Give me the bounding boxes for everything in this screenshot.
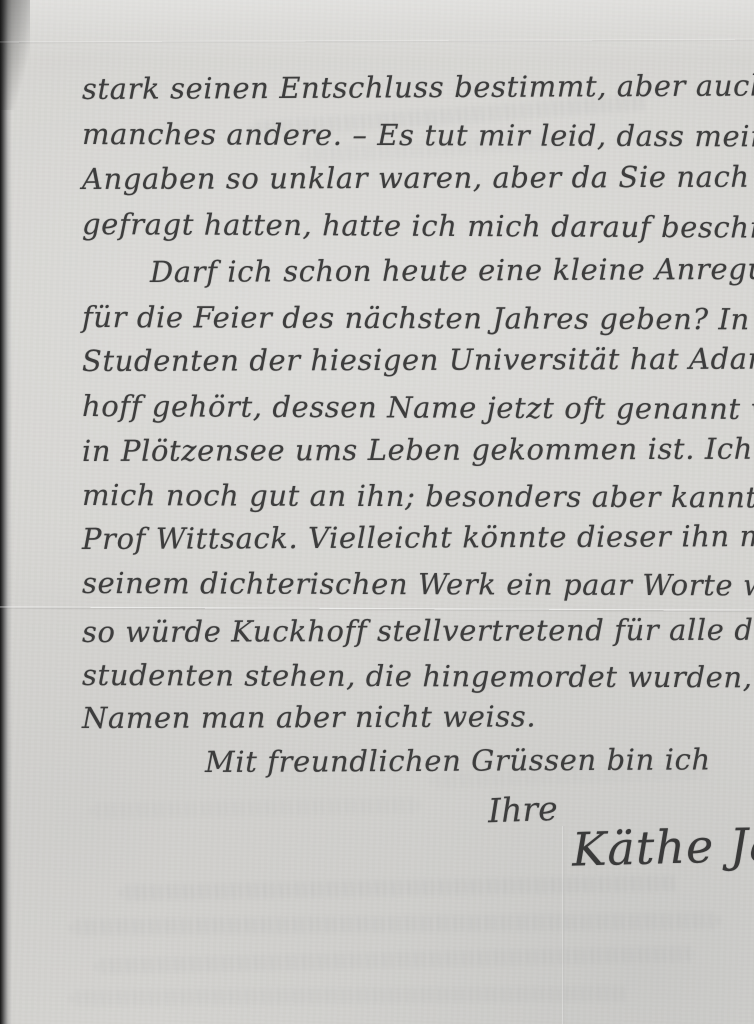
letter-line: stark seinen Entschluss bestimmt, aber a…: [82, 68, 754, 106]
letter-line: manches andere. – Es tut mir leid, dass …: [82, 117, 754, 153]
letter-line: Darf ich schon heute eine kleine Anregu: [150, 252, 754, 289]
letter-line: gefragt hatten, hatte ich mich darauf be…: [82, 207, 754, 245]
bleed-through-ghost: [120, 875, 680, 901]
bleed-through-ghost: [70, 913, 720, 936]
letter-line: seinem dichterischen Werk ein paar Worte…: [82, 566, 754, 603]
scanned-letter-page: stark seinen Entschluss bestimmt, aber a…: [0, 0, 754, 1024]
page-edge-shadow: [0, 0, 12, 1024]
letter-line: studenten stehen, die hingemordet wurden…: [82, 658, 754, 695]
letter-line: Studenten der hiesigen Universität hat A…: [82, 341, 754, 378]
signature: Käthe Ja: [571, 817, 754, 876]
letter-line: für die Feier des nächsten Jahres geben?…: [82, 300, 754, 337]
bleed-through-ghost: [90, 797, 420, 819]
letter-line: hoff gehört, dessen Name jetzt oft genan…: [82, 389, 754, 427]
letter-line: in Plötzensee ums Leben gekommen ist. Ic…: [82, 431, 754, 468]
bleed-through-ghost: [95, 946, 695, 975]
letter-line: Namen man aber nicht weiss.: [82, 699, 536, 735]
letter-line: Angaben so unklar waren, aber da Sie nac…: [82, 159, 754, 196]
crease-line: [0, 606, 754, 612]
letter-closing-line: Mit freundlichen Grüssen bin ich: [205, 742, 711, 779]
valediction: Ihre: [487, 789, 558, 830]
bleed-through-ghost: [70, 986, 630, 1007]
crease-line: [0, 39, 754, 45]
letter-line: Prof Wittsack. Vielleicht könnte dieser …: [82, 519, 754, 556]
page-corner-shadow: [0, 0, 30, 110]
letter-line: mich noch gut an ihn; besonders aber kan…: [82, 478, 754, 514]
letter-line: so würde Kuckhoff stellvertretend für al…: [82, 612, 754, 649]
